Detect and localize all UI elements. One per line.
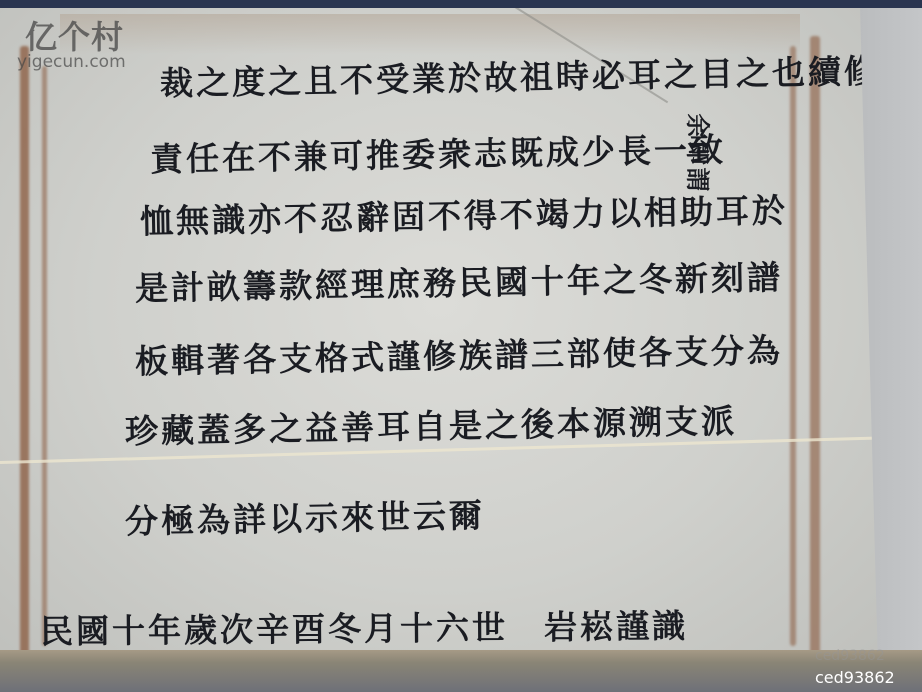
- manuscript-page: 裁之度之且不受業於故祖時必耳之目之也續修 余即謂 責任在不兼可推委衆志既成少長一…: [0, 6, 880, 666]
- cover-edge: [0, 0, 922, 8]
- right-border-line: [810, 36, 820, 656]
- text-line-1: 裁之度之且不受業於故祖時必耳之目之也續修: [160, 45, 881, 105]
- right-inner-border-line: [790, 46, 796, 646]
- text-line-5: 板輯著各支格式謹修族譜三部使各支分為: [135, 325, 784, 383]
- left-border-line: [20, 46, 29, 656]
- text-line-2: 責任在不兼可推委衆志既成少長一致: [150, 124, 727, 181]
- manuscript-photo: 裁之度之且不受業於故祖時必耳之目之也續修 余即謂 責任在不兼可推委衆志既成少長一…: [0, 0, 922, 692]
- text-line-4: 是計畝籌款經理庶務民國十年之冬新刻譜: [135, 252, 784, 310]
- signature-line: 民國十年歲次辛酉冬月十六世 岩崧謹識: [40, 600, 688, 653]
- watermark-code-ghost: ced93862: [815, 648, 885, 664]
- watermark-site-url: yigecun.com: [17, 52, 126, 72]
- text-line-7: 分極為詳以示來世云爾: [125, 490, 486, 543]
- watermark-code: ced93862: [815, 668, 895, 687]
- left-inner-border-line: [42, 66, 47, 646]
- text-line-3: 恤無識亦不忍辭固不得不竭力以相助耳於: [140, 185, 789, 243]
- page-bottom-edge: [0, 650, 922, 692]
